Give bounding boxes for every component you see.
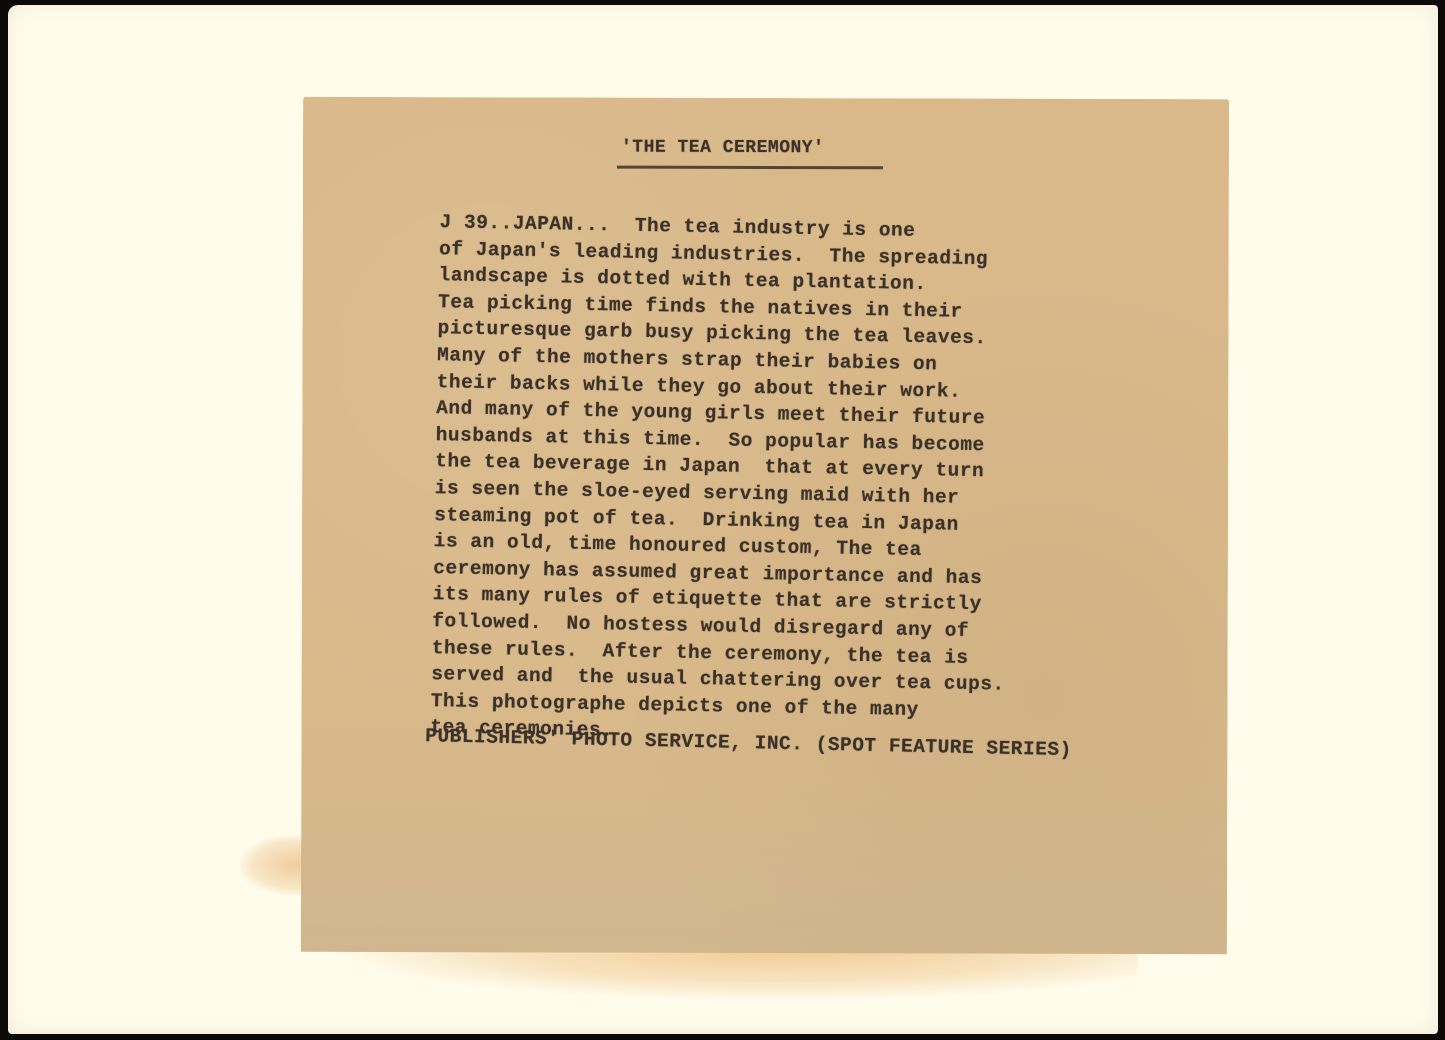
document-title: 'THE TEA CEREMONY' [621, 138, 824, 159]
caption-body: J 39..JAPAN... The tea industry is oneof… [430, 209, 1140, 754]
caption-paper: 'THE TEA CEREMONY' J 39..JAPAN... The te… [301, 97, 1229, 954]
title-underline [617, 166, 883, 170]
